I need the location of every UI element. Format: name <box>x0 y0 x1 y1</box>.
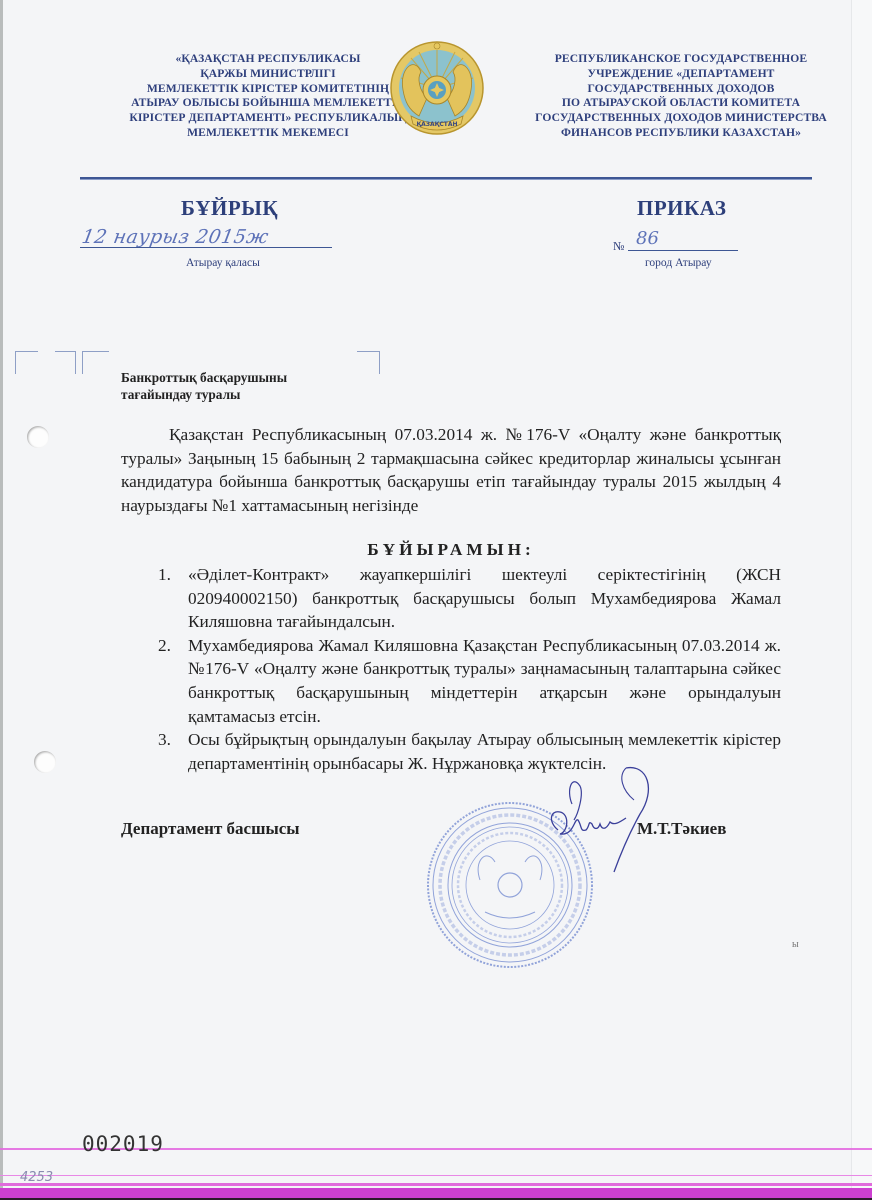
page-edge-left <box>0 0 3 1200</box>
margin-mark: ы <box>792 939 799 950</box>
city-kz: Атырау қаласы <box>186 257 260 269</box>
item-number: 3. <box>158 728 171 752</box>
item-text: Мухамбедиярова Жамал Киляшовна Қазақстан… <box>188 634 781 728</box>
order-title-kz: БҰЙРЫҚ <box>181 196 278 221</box>
page-edge-right <box>851 0 872 1200</box>
number-sign: № <box>613 239 624 254</box>
item-text: Осы бұйрықтың орындалуын бақылау Атырау … <box>188 728 781 775</box>
item-number: 2. <box>158 634 171 658</box>
corner-mark <box>357 351 380 374</box>
scan-artifact-line <box>0 1188 872 1198</box>
header-org-ru-line: ГОСУДАРСТВЕННЫХ ДОХОДОВ <box>530 82 832 97</box>
item-text: «Әділет-Контракт» жауапкершілігі шектеул… <box>188 563 781 634</box>
order-title-ru: ПРИКАЗ <box>637 196 726 221</box>
state-emblem-icon: ҚАЗАҚСТАН <box>389 38 485 142</box>
punch-hole <box>34 751 56 773</box>
header-org-kz: «ҚАЗАҚСТАН РЕСПУБЛИКАСЫ ҚАРЖЫ МИНИСТРЛІГ… <box>118 52 418 141</box>
header-org-ru-line: ФИНАНСОВ РЕСПУБЛИКИ КАЗАХСТАН» <box>530 126 832 141</box>
handwritten-order-number: 86 <box>636 228 659 249</box>
header-org-ru: РЕСПУБЛИКАНСКОЕ ГОСУДАРСТВЕННОЕ УЧРЕЖДЕН… <box>530 52 832 141</box>
subject-line: Банкроттық басқарушыны <box>121 369 287 386</box>
item-number: 1. <box>158 563 171 587</box>
city-ru: город Атырау <box>645 257 712 269</box>
corner-mark <box>55 351 76 374</box>
header-org-kz-line: АТЫРАУ ОБЛЫСЫ БОЙЫНША МЕМЛЕКЕТТІК <box>118 96 418 111</box>
header-org-ru-line: УЧРЕЖДЕНИЕ «ДЕПАРТАМЕНТ <box>530 67 832 82</box>
scan-artifact-line <box>0 1175 872 1176</box>
date-underline <box>80 247 332 248</box>
scan-artifact-line <box>0 1183 872 1186</box>
header-org-ru-line: ПО АТЫРАУСКОЙ ОБЛАСТИ КОМИТЕТА <box>530 96 832 111</box>
decree-items-list: 1. «Әділет-Контракт» жауапкершілігі шект… <box>158 563 781 775</box>
order-subject: Банкроттық басқарушыны тағайындау туралы <box>121 369 287 403</box>
decree-item: 1. «Әділет-Контракт» жауапкершілігі шект… <box>158 563 781 634</box>
punch-hole <box>27 426 49 448</box>
handwritten-date: 12 наурыз 2015ж <box>80 226 270 248</box>
header-org-kz-line: «ҚАЗАҚСТАН РЕСПУБЛИКАСЫ <box>118 52 418 67</box>
signatory-role: Департамент басшысы <box>121 819 300 839</box>
decree-item: 3. Осы бұйрықтың орындалуын бақылау Атыр… <box>158 728 781 775</box>
header-divider <box>80 177 812 179</box>
serial-number: 002019 <box>82 1132 164 1156</box>
header-org-kz-line: КІРІСТЕР ДЕПАРТАМЕНТІ» РЕСПУБЛИКАЛЫҚ <box>118 111 418 126</box>
header-org-kz-line: ҚАРЖЫ МИНИСТРЛІГІ <box>118 67 418 82</box>
decree-item: 2. Мухамбедиярова Жамал Киляшовна Қазақс… <box>158 634 781 728</box>
header-org-kz-line: МЕМЛЕКЕТТІК КІРІСТЕР КОМИТЕТІНІҢ <box>118 82 418 97</box>
signatory-name: М.Т.Тәкиев <box>637 819 726 839</box>
svg-text:ҚАЗАҚСТАН: ҚАЗАҚСТАН <box>416 121 457 128</box>
number-underline <box>628 250 738 251</box>
header-org-ru-line: ГОСУДАРСТВЕННЫХ ДОХОДОВ МИНИСТЕРСТВА <box>530 111 832 126</box>
header-org-kz-line: МЕМЛЕКЕТТІК МЕКЕМЕСІ <box>118 126 418 141</box>
subject-line: тағайындау туралы <box>121 386 287 403</box>
corner-mark <box>15 351 38 374</box>
decree-heading: БҰЙЫРАМЫН: <box>121 540 781 560</box>
corner-mark <box>82 351 109 374</box>
preamble-paragraph: Қазақстан Республикасының 07.03.2014 ж. … <box>121 423 781 517</box>
header-org-ru-line: РЕСПУБЛИКАНСКОЕ ГОСУДАРСТВЕННОЕ <box>530 52 832 67</box>
